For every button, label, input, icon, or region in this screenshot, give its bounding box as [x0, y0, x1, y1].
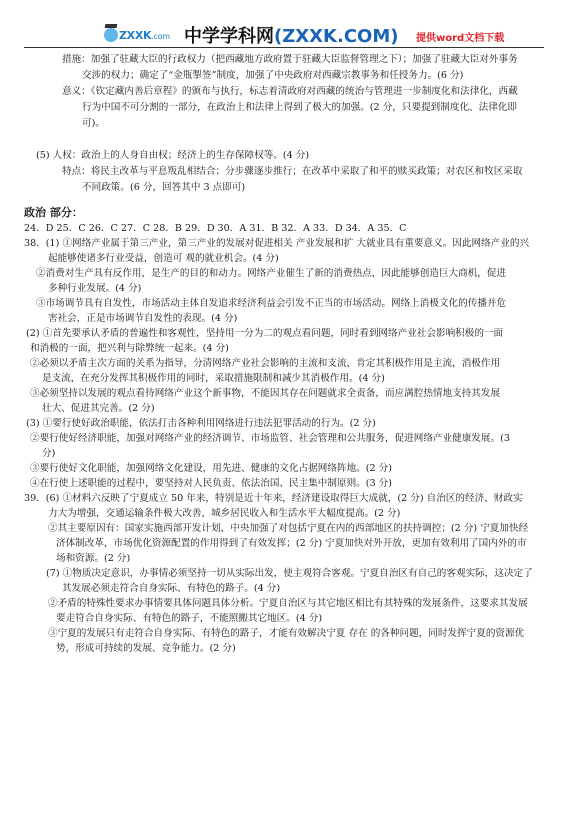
site-logo: ZXXK.com [104, 24, 170, 46]
text-line: 要走符合自身实际、有特色的路子，不能照搬其它地区。(4 分) [56, 611, 322, 626]
mascot-graduation-cap-icon [104, 28, 118, 42]
text-line: 害社会，正是市场调节自发性的表现。(4 分) [48, 311, 237, 326]
text-line: 不同政策。(6 分，回答其中 3 点即可) [82, 180, 245, 195]
text-line: ③要行使好文化职能，加强网络文化建设，用先进、健康的文化占据网络阵地。(2 分) [30, 461, 392, 476]
text-line: 交涉的权力；确定了“金瓶掣签”制度，加强了中央政府对西藏宗教事务和任授务力。(6… [82, 68, 463, 83]
text-line: (2) ①首先要承认矛盾的普遍性和客观性，坚持用一分为二的观点看问题，同时看到网… [26, 326, 503, 341]
text-line: ②矛盾的特殊性要求办事情要具体问题具体分析。宁夏自治区与其它地区相比有其特殊的发… [48, 596, 528, 611]
text-line: ②消费对生产具有反作用，是生产的目的和动力。网络产业催生了新的消费热点，因此能够… [36, 266, 506, 281]
text-line: ②其主要原因有：国家实施西部开发计划，中央加强了对包括宁夏在内的西部地区的扶持调… [48, 521, 528, 536]
multiple-choice-answers: 24．D 25．C 26．C 27．C 28．B 29．D 30．A 31．B … [24, 221, 407, 236]
site-domain: (ZXXK.COM) [274, 26, 398, 47]
text-line: 和消极的一面，把兴利与除弊统一起来。(4 分) [30, 341, 229, 356]
text-line: 多种行业发展。(4 分) [48, 281, 141, 296]
text-line: ②必须以矛盾主次方面的关系为指导，分清网络产业社会影响的主流和支流，肯定其积极作… [30, 356, 500, 371]
text-line: 39．(6) ①材料六反映了宁夏成立 50 年来，特别是近十年来，经济建设取得巨… [24, 491, 523, 506]
section-title-politics: 政治 部分： [24, 205, 83, 220]
text-line: (7) ①物质决定意识，办事情必须坚持一切从实际出发，使主观符合客观。宁夏自治区… [46, 566, 533, 581]
text-line: 其发展必须走符合自身实际、有特色的路子。(4 分) [62, 581, 280, 596]
site-header: ZXXK.com 中学学科网(ZXXK.COM) 提供word文档下载 [24, 0, 544, 48]
text-line: 措施：加强了驻藏大臣的行政权力（把西藏地方政府置于驻藏大臣监督管理之下）；加强了… [62, 52, 518, 67]
text-line: ③必须坚持以发展的观点看待网络产业这个新事物，不能因其存在问题就求全责备，而应满… [30, 386, 500, 401]
text-line: 分) [42, 446, 55, 461]
text-line: 行为中国不可分割的一部分，在政治上和法律上得到了极大的加强。(2 分，只要提到制… [82, 100, 517, 115]
text-line: ②要行使好经济职能，加强对网络产业的经济调节、市场监管、社会管理和公共服务，促进… [30, 431, 510, 446]
text-line: 特点：将民主改革与平息叛乱相结合；分步骤逐步推行；在改革中采取了和平的赎买政策；… [62, 164, 523, 179]
logo-text: ZXXK.com [119, 29, 170, 42]
text-line: 壮大、促进其完善。(2 分) [42, 401, 155, 416]
text-line: 起能够使诸多行业受益，创造可 观的就业机会。(4 分) [48, 251, 279, 266]
text-line: 场和资源。(2 分) [56, 551, 130, 566]
text-line: ④在行使上述职能的过程中，要坚持对人民负责、依法治国、民主集中制原则。(3 分) [30, 476, 392, 491]
download-tagline: 提供word文档下载 [416, 29, 504, 44]
text-line: (3) ①要行使好政治职能，依法打击各种利用网络进行违法犯罪活动的行为。(2 分… [26, 416, 376, 431]
site-title: 中学学科网(ZXXK.COM) [184, 22, 398, 48]
text-line: (5) 人权：政治上的人身自由权；经济上的生存保障权等。(4 分) [36, 148, 309, 163]
text-line: 是支流，在充分发挥其积极作用的同时，采取措施限制和减少其消极作用。(4 分) [42, 371, 385, 386]
text-line: 38．(1) ①网络产业属于第三产业，第三产业的发展对促进相关 产业发展和扩 大… [24, 236, 529, 251]
text-line: ③宁夏的发展只有走符合自身实际、有特色的路子，才能有效解决宁夏 存在 的各种问题… [48, 626, 524, 641]
text-line: 济体制改革，市场优化资源配置的作用得到了有效发挥；(2 分) 宁夏加快对外开放，… [56, 536, 527, 551]
text-line: 力大为增强，交通运输条件极大改善，城乡居民收入和生活水平大幅度提高。(2 分) [48, 506, 400, 521]
text-line: ③市场调节具有自发性，市场活动主体自发追求经济利益会引发不正当的市场活动。网络上… [36, 296, 506, 311]
text-line: 意义：《钦定藏内善后章程》的颁布与执行，标志着清政府对西藏的统治与管理进一步制度… [62, 84, 518, 99]
text-line: 势，形成可持续的发展、竞争能力。(2 分) [56, 641, 236, 656]
text-line: 可)。 [82, 116, 105, 131]
